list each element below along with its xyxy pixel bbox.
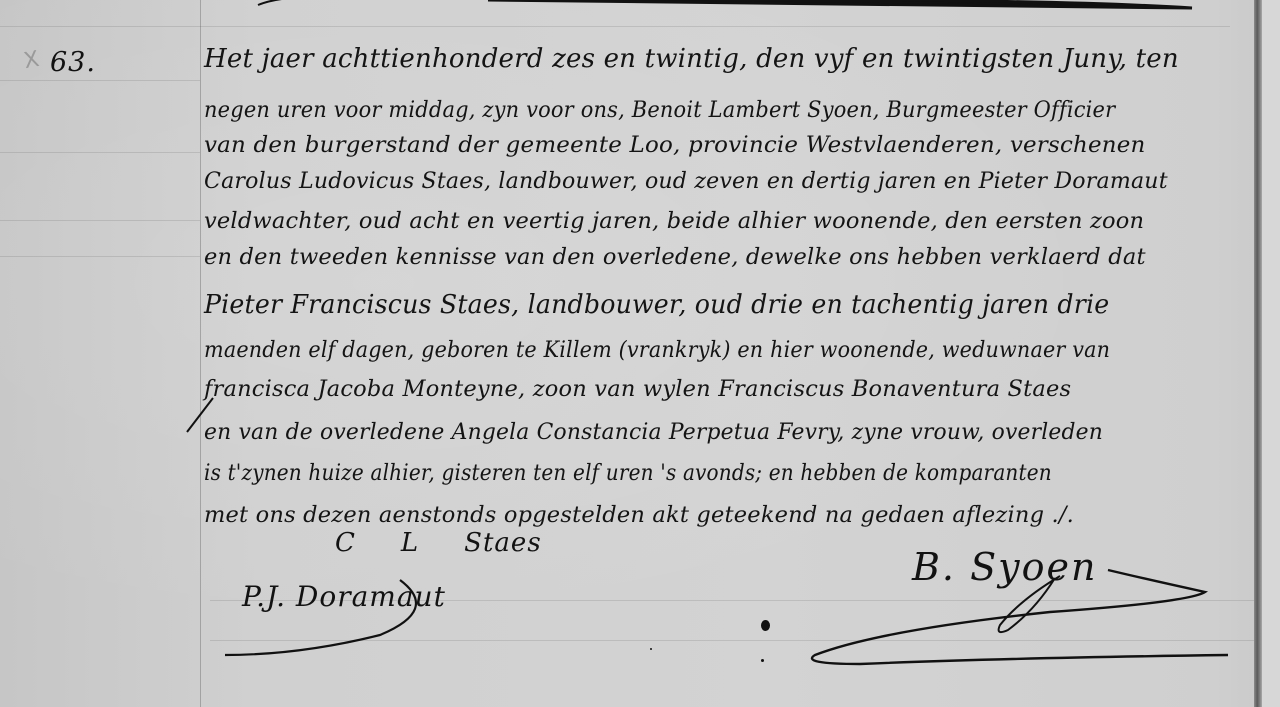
- ruled-line: [0, 256, 200, 257]
- text-line-8: maenden elf dagen, geboren te Killem (vr…: [204, 337, 1110, 363]
- signature-staes-initial-l: L: [401, 528, 424, 558]
- text-line-4: Carolus Ludovicus Staes, landbouwer, oud…: [204, 168, 1168, 194]
- ruled-line: [210, 640, 1280, 641]
- text-line-10: en van de overledene Angela Constancia P…: [204, 419, 1103, 445]
- margin-rule: [200, 0, 201, 707]
- text-line-3: van den burgerstand der gemeente Loo, pr…: [204, 132, 1146, 158]
- ink-speck: [761, 659, 764, 662]
- text-line-2: negen uren voor middag, zyn voor ons, Be…: [204, 97, 1115, 123]
- text-line-11: is t'zynen huize alhier, gisteren ten el…: [204, 460, 1052, 486]
- signature-staes-surname: Staes: [464, 528, 542, 558]
- text-line-7: Pieter Franciscus Staes, landbouwer, oud…: [204, 290, 1109, 320]
- signature-syoen: B. Syoen: [912, 545, 1097, 589]
- ruled-line: [0, 220, 200, 221]
- signature-staes-initial-c: C: [335, 528, 361, 558]
- text-line-5: veldwachter, oud acht en veertig jaren, …: [204, 208, 1144, 234]
- text-line-6: en den tweeden kennisse van den overlede…: [204, 244, 1146, 270]
- adjacent-page-edge: [1262, 0, 1280, 707]
- text-line-1: Het jaer achttienhonderd zes en twintig,…: [204, 44, 1179, 74]
- text-line-9: francisca Jacoba Monteyne, zoon van wyle…: [204, 376, 1071, 402]
- ink-speck: [650, 648, 652, 650]
- signature-doramaut: P.J. Doramaut: [242, 580, 446, 613]
- margin-cross-mark: X: [22, 47, 41, 74]
- ruled-line: [0, 80, 200, 81]
- ink-blot: [761, 620, 770, 631]
- text-line-12: met ons dezen aenstonds opgestelden akt …: [204, 502, 1074, 528]
- ruled-line: [0, 26, 1230, 27]
- page-binding-edge: [1254, 0, 1262, 707]
- entry-number: 63.: [50, 47, 96, 78]
- register-page: X 63. Het jaer achttienhonderd zes en tw…: [0, 0, 1280, 707]
- signature-staes: CLStaes: [335, 528, 542, 558]
- ruled-line: [0, 152, 200, 153]
